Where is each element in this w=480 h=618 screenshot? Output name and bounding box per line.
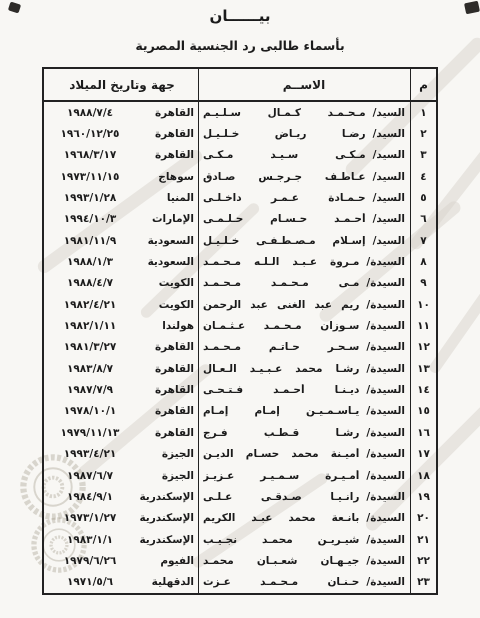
row-birth: الإمارات ١٩٩٤/١٠/٣ xyxy=(44,209,198,230)
row-honorific: السيدة/ xyxy=(366,470,405,482)
row-honorific: السيدة/ xyxy=(366,384,405,396)
row-birthplace: الإسكندرية xyxy=(130,512,194,524)
row-birthdate: ١٩٩٣/٤/٢١ xyxy=(50,448,130,460)
row-name: السيدة/ أميـنة محمد حسـام الديـن xyxy=(198,444,410,465)
row-birthplace: القاهرة xyxy=(130,363,194,375)
row-name-text: يـاسـمـيـن إمـام إمـام xyxy=(203,405,359,417)
row-honorific: السيدة/ xyxy=(366,427,405,439)
row-name-text: حـنـان مـحـمـد عـزت xyxy=(203,576,359,588)
table-row: ٢ السيد/ رضـا ريـاض خـلـيـل القاهرة ١٩٦٠… xyxy=(44,123,436,144)
table-row: ١٢ السيدة/ سـحـر حـاتـم مـحـمـد القاهرة … xyxy=(44,337,436,358)
row-honorific: السيدة/ xyxy=(366,491,405,503)
row-name: السيدة/ رشـا قـطـب فـرج xyxy=(198,422,410,443)
row-number: ٤ xyxy=(410,166,436,187)
row-number: ١٦ xyxy=(410,422,436,443)
row-birth: القاهرة ١٩٧٨/١٠/١ xyxy=(44,401,198,422)
row-birth: الدقهلية ١٩٧١/٥/٦ xyxy=(44,572,198,593)
row-number: ١٧ xyxy=(410,444,436,465)
row-birthdate: ١٩٧١/٥/٦ xyxy=(50,576,130,588)
document-page: بيــــــان بأسماء طالبى رد الجنسية المصر… xyxy=(0,0,480,618)
row-birthdate: ١٩٨١/١١/٩ xyxy=(50,235,130,247)
row-number: ١٩ xyxy=(410,486,436,507)
row-birthdate: ١٩٨٣/١/١ xyxy=(50,534,130,546)
row-birthdate: ١٩٧٨/١٠/١ xyxy=(50,405,130,417)
row-number: ١٣ xyxy=(410,358,436,379)
row-honorific: السيدة/ xyxy=(366,555,405,567)
row-birthplace: سوهاج xyxy=(130,171,194,183)
table-header-row: م الاســم جهة وتاريخ الميلاد xyxy=(44,69,436,102)
row-birth: السعودية ١٩٨١/١١/٩ xyxy=(44,230,198,251)
row-birthplace: هولندا xyxy=(130,320,194,332)
row-honorific: السيدة/ xyxy=(366,363,405,375)
row-birthplace: الكويت xyxy=(130,277,194,289)
row-birthdate: ١٩٧٣/١/٢٧ xyxy=(50,512,130,524)
row-honorific: السيد/ xyxy=(373,128,405,140)
row-name: السيد/ حـمـادة عـمـر داخـلـى xyxy=(198,187,410,208)
row-honorific: السيد/ xyxy=(373,149,405,161)
table-row: ٢٠ السيدة/ بانـعة محمد عبـد الكريم الإسك… xyxy=(44,508,436,529)
row-birthplace: الإمارات xyxy=(130,213,194,225)
row-birth: الكويت ١٩٨٨/٤/٧ xyxy=(44,273,198,294)
row-birthdate: ١٩٨٢/٤/٢١ xyxy=(50,299,130,311)
table-row: ١٥ السيدة/ يـاسـمـيـن إمـام إمـام القاهر… xyxy=(44,401,436,422)
table-row: ٨ السيدة/ مـروة عـبـد الـلـه مـحـمـد الس… xyxy=(44,251,436,272)
row-honorific: السيدة/ xyxy=(366,320,405,332)
table-body: ١ السيد/ مـحـمـد كـمـال سـلـيـم القاهرة … xyxy=(44,102,436,593)
row-birth: السعودية ١٩٨٨/١/٣ xyxy=(44,251,198,272)
row-birth: الفيوم ١٩٧٩/٦/٢٦ xyxy=(44,550,198,571)
table-row: ١ السيد/ مـحـمـد كـمـال سـلـيـم القاهرة … xyxy=(44,102,436,123)
row-name: السيد/ عـاطـف جـرجـس صـادق xyxy=(198,166,410,187)
row-name-text: مـى مـحـمـد مـحـمـد xyxy=(203,277,359,289)
row-name-text: أميـنة محمد حسـام الديـن xyxy=(203,448,359,460)
row-name-text: جيـهـان شعـبـان محمـد xyxy=(203,555,359,567)
row-name-text: مـحـمـد كـمـال سـلـيـم xyxy=(203,107,366,119)
table-row: ٧ السيد/ إسـلام مـصـطـفـى خـلـيـل السعود… xyxy=(44,230,436,251)
row-name: السيدة/ جيـهـان شعـبـان محمـد xyxy=(198,550,410,571)
row-honorific: السيد/ xyxy=(373,192,405,204)
row-number: ١٨ xyxy=(410,465,436,486)
table-row: ٣ السيد/ مـكـى سـيـد مـكـى القاهرة ١٩٦٨/… xyxy=(44,145,436,166)
row-name: السيدة/ سـحـر حـاتـم مـحـمـد xyxy=(198,337,410,358)
row-birthdate: ١٩٦٠/١٢/٢٥ xyxy=(50,128,130,140)
row-honorific: السيد/ xyxy=(373,235,405,247)
row-name-text: رانـيـا صـدقـى عـلـى xyxy=(203,491,359,503)
row-name-text: مـكـى سـيـد مـكـى xyxy=(203,149,366,161)
row-birth: سوهاج ١٩٧٣/١١/١٥ xyxy=(44,166,198,187)
row-name: السيدة/ شيـريـن محمـد نجـيـب xyxy=(198,529,410,550)
row-honorific: السيد/ xyxy=(373,107,405,119)
table-row: ٢١ السيدة/ شيـريـن محمـد نجـيـب الإسكندر… xyxy=(44,529,436,550)
document-title: بيــــــان xyxy=(0,7,480,25)
row-birth: الإسكندرية ١٩٨٣/١/١ xyxy=(44,529,198,550)
row-number: ١٥ xyxy=(410,401,436,422)
row-name: السيد/ مـحـمـد كـمـال سـلـيـم xyxy=(198,102,410,123)
row-name: السيد/ إسـلام مـصـطـفـى خـلـيـل xyxy=(198,230,410,251)
row-birthplace: القاهرة xyxy=(130,427,194,439)
table-row: ١٠ السيدة/ ريم عبد الغنى عبد الرحمن الكو… xyxy=(44,294,436,315)
row-name-text: ريم عبد الغنى عبد الرحمن xyxy=(203,299,359,311)
row-name-text: سـحـر حـاتـم مـحـمـد xyxy=(203,341,359,353)
row-name-text: أمـيـرة سـمـيـر عـزيـز xyxy=(203,470,359,482)
row-name-text: رشـا قـطـب فـرج xyxy=(203,427,359,439)
row-birthdate: ١٩٨٨/١/٣ xyxy=(50,256,130,268)
row-number: ١٤ xyxy=(410,379,436,400)
row-birthdate: ١٩٨٨/٧/٤ xyxy=(50,107,130,119)
row-name: السيد/ رضـا ريـاض خـلـيـل xyxy=(198,123,410,144)
row-birthplace: الإسكندرية xyxy=(130,534,194,546)
row-honorific: السيدة/ xyxy=(366,405,405,417)
table-row: ١٧ السيدة/ أميـنة محمد حسـام الديـن الجي… xyxy=(44,444,436,465)
row-name-text: أحـمـد حـسـام حـلـمـى xyxy=(203,213,366,225)
row-birth: الجيزة ١٩٩٣/٤/٢١ xyxy=(44,444,198,465)
row-name: السيدة/ ديـنـا أحـمـد فـتـحـى xyxy=(198,379,410,400)
row-number: ٨ xyxy=(410,251,436,272)
row-birthdate: ١٩٩٤/١٠/٣ xyxy=(50,213,130,225)
row-number: ١٠ xyxy=(410,294,436,315)
row-name-text: مـروة عـبـد الـلـه مـحـمـد xyxy=(203,256,359,268)
row-number: ٢١ xyxy=(410,529,436,550)
row-honorific: السيد/ xyxy=(373,213,405,225)
row-name-text: رضـا ريـاض خـلـيـل xyxy=(203,128,366,140)
row-birthplace: القاهرة xyxy=(130,341,194,353)
table-row: ٤ السيد/ عـاطـف جـرجـس صـادق سوهاج ١٩٧٣/… xyxy=(44,166,436,187)
row-number: ١٢ xyxy=(410,337,436,358)
header-birth: جهة وتاريخ الميلاد xyxy=(44,69,198,100)
row-birthdate: ١٩٧٣/١١/١٥ xyxy=(50,171,130,183)
table-row: ١٤ السيدة/ ديـنـا أحـمـد فـتـحـى القاهرة… xyxy=(44,379,436,400)
row-number: ٢٠ xyxy=(410,508,436,529)
table-row: ٥ السيد/ حـمـادة عـمـر داخـلـى المنيا ١٩… xyxy=(44,187,436,208)
row-name: السيدة/ رانـيـا صـدقـى عـلـى xyxy=(198,486,410,507)
document-subtitle: بأسماء طالبى رد الجنسية المصرية xyxy=(0,38,480,53)
row-honorific: السيدة/ xyxy=(366,448,405,460)
applicants-table: م الاســم جهة وتاريخ الميلاد ١ السيد/ مـ… xyxy=(42,67,438,595)
row-name-text: رشـا محمد عـبـيـد الـعـال xyxy=(203,363,359,375)
row-name-text: ديـنـا أحـمـد فـتـحـى xyxy=(203,384,359,396)
row-number: ٩ xyxy=(410,273,436,294)
row-birth: القاهرة ١٩٦٠/١٢/٢٥ xyxy=(44,123,198,144)
header-name: الاســم xyxy=(198,69,410,100)
row-birth: المنيا ١٩٩٣/١/٢٨ xyxy=(44,187,198,208)
row-number: ١ xyxy=(410,102,436,123)
row-birth: القاهرة ١٩٨٨/٧/٤ xyxy=(44,102,198,123)
row-birthplace: الجيزة xyxy=(130,448,194,460)
row-number: ٧ xyxy=(410,230,436,251)
row-birthdate: ١٩٩٣/١/٢٨ xyxy=(50,192,130,204)
row-name-text: سـوزان مـحـمـد عـثـمـان xyxy=(203,320,359,332)
row-name: السيدة/ يـاسـمـيـن إمـام إمـام xyxy=(198,401,410,422)
row-number: ١١ xyxy=(410,315,436,336)
row-honorific: السيدة/ xyxy=(366,341,405,353)
row-birthdate: ١٩٧٩/٦/٢٦ xyxy=(50,555,130,567)
row-birth: الكويت ١٩٨٢/٤/٢١ xyxy=(44,294,198,315)
table-row: ١١ السيدة/ سـوزان مـحـمـد عـثـمـان هولند… xyxy=(44,315,436,336)
row-birthplace: الإسكندرية xyxy=(130,491,194,503)
row-number: ٢٢ xyxy=(410,550,436,571)
row-birthplace: القاهرة xyxy=(130,107,194,119)
row-name: السيدة/ حـنـان مـحـمـد عـزت xyxy=(198,572,410,593)
row-birthdate: ١٩٦٨/٣/١٧ xyxy=(50,149,130,161)
row-name: السيدة/ رشـا محمد عـبـيـد الـعـال xyxy=(198,358,410,379)
table-row: ١٩ السيدة/ رانـيـا صـدقـى عـلـى الإسكندر… xyxy=(44,486,436,507)
row-birth: الإسكندرية ١٩٨٤/٩/١ xyxy=(44,486,198,507)
row-honorific: السيدة/ xyxy=(366,576,405,588)
row-name: السيدة/ أمـيـرة سـمـيـر عـزيـز xyxy=(198,465,410,486)
row-name: السيدة/ بانـعة محمد عبـد الكريم xyxy=(198,508,410,529)
row-birthdate: ١٩٨٤/٩/١ xyxy=(50,491,130,503)
row-name: السيدة/ ريم عبد الغنى عبد الرحمن xyxy=(198,294,410,315)
row-birthplace: القاهرة xyxy=(130,149,194,161)
header-number: م xyxy=(410,69,436,100)
row-birthdate: ١٩٨٨/٤/٧ xyxy=(50,277,130,289)
row-birthplace: القاهرة xyxy=(130,384,194,396)
row-birthplace: الكويت xyxy=(130,299,194,311)
row-birthplace: السعودية xyxy=(130,235,194,247)
row-honorific: السيدة/ xyxy=(366,277,405,289)
row-birthdate: ١٩٨٣/٨/٧ xyxy=(50,363,130,375)
row-name-text: شيـريـن محمـد نجـيـب xyxy=(203,534,359,546)
row-name: السيد/ مـكـى سـيـد مـكـى xyxy=(198,145,410,166)
row-birth: هولندا ١٩٨٢/١/١١ xyxy=(44,315,198,336)
row-honorific: السيدة/ xyxy=(366,512,405,524)
table-row: ٢٢ السيدة/ جيـهـان شعـبـان محمـد الفيوم … xyxy=(44,550,436,571)
row-birthdate: ١٩٨١/٣/٢٧ xyxy=(50,341,130,353)
row-birth: القاهرة ١٩٨٧/٧/٩ xyxy=(44,379,198,400)
row-birth: القاهرة ١٩٨٣/٨/٧ xyxy=(44,358,198,379)
row-birth: الإسكندرية ١٩٧٣/١/٢٧ xyxy=(44,508,198,529)
row-name-text: حـمـادة عـمـر داخـلـى xyxy=(203,192,366,204)
row-birth: الجيزة ١٩٨٧/٦/٧ xyxy=(44,465,198,486)
row-name-text: عـاطـف جـرجـس صـادق xyxy=(203,171,366,183)
row-number: ٥ xyxy=(410,187,436,208)
row-name-text: إسـلام مـصـطـفـى خـلـيـل xyxy=(203,235,366,247)
row-name-text: بانـعة محمد عبـد الكريم xyxy=(203,512,359,524)
table-row: ٩ السيدة/ مـى مـحـمـد مـحـمـد الكويت ١٩٨… xyxy=(44,273,436,294)
table-row: ١٦ السيدة/ رشـا قـطـب فـرج القاهرة ١٩٧٩/… xyxy=(44,422,436,443)
row-birthplace: الدقهلية xyxy=(130,576,194,588)
row-number: ٣ xyxy=(410,145,436,166)
row-birthdate: ١٩٨٢/١/١١ xyxy=(50,320,130,332)
row-birthplace: الجيزة xyxy=(130,470,194,482)
table-row: ١٨ السيدة/ أمـيـرة سـمـيـر عـزيـز الجيزة… xyxy=(44,465,436,486)
table-row: ٦ السيد/ أحـمـد حـسـام حـلـمـى الإمارات … xyxy=(44,209,436,230)
row-birthdate: ١٩٧٩/١١/١٣ xyxy=(50,427,130,439)
row-birthplace: القاهرة xyxy=(130,405,194,417)
row-birthplace: السعودية xyxy=(130,256,194,268)
row-number: ٢٣ xyxy=(410,572,436,593)
row-name: السيدة/ مـى مـحـمـد مـحـمـد xyxy=(198,273,410,294)
row-honorific: السيدة/ xyxy=(366,299,405,311)
table-row: ١٣ السيدة/ رشـا محمد عـبـيـد الـعـال الق… xyxy=(44,358,436,379)
row-birthdate: ١٩٨٧/٧/٩ xyxy=(50,384,130,396)
row-name: السيدة/ سـوزان مـحـمـد عـثـمـان xyxy=(198,315,410,336)
row-birth: القاهرة ١٩٧٩/١١/١٣ xyxy=(44,422,198,443)
row-birth: القاهرة ١٩٨١/٣/٢٧ xyxy=(44,337,198,358)
row-number: ٢ xyxy=(410,123,436,144)
table-row: ٢٣ السيدة/ حـنـان مـحـمـد عـزت الدقهلية … xyxy=(44,572,436,593)
row-birthdate: ١٩٨٧/٦/٧ xyxy=(50,470,130,482)
row-birthplace: القاهرة xyxy=(130,128,194,140)
row-birth: القاهرة ١٩٦٨/٣/١٧ xyxy=(44,145,198,166)
row-number: ٦ xyxy=(410,209,436,230)
row-birthplace: المنيا xyxy=(130,192,194,204)
row-honorific: السيد/ xyxy=(373,171,405,183)
row-name: السيد/ أحـمـد حـسـام حـلـمـى xyxy=(198,209,410,230)
row-name: السيدة/ مـروة عـبـد الـلـه مـحـمـد xyxy=(198,251,410,272)
row-honorific: السيدة/ xyxy=(366,534,405,546)
row-honorific: السيدة/ xyxy=(366,256,405,268)
row-birthplace: الفيوم xyxy=(130,555,194,567)
